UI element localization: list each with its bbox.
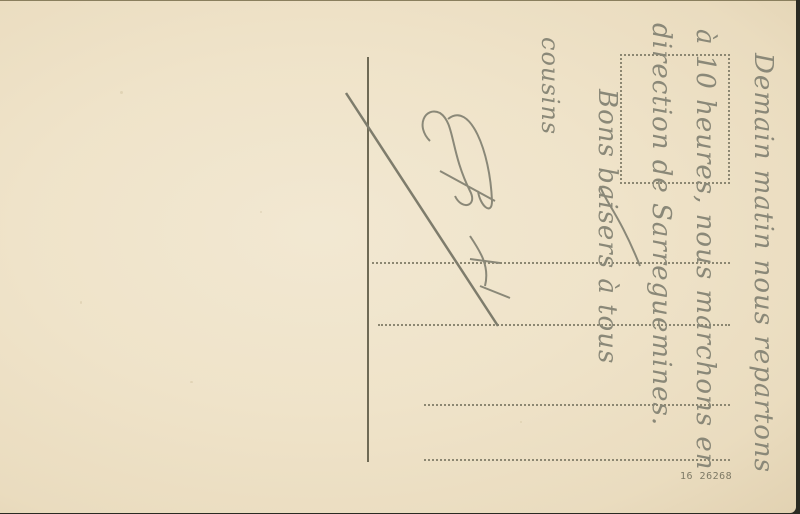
- postcard-back: Demain matin nous repartons à 10 heures,…: [0, 0, 796, 513]
- signature-icon: [0, 1, 796, 513]
- print-number: 16 26268: [680, 471, 732, 482]
